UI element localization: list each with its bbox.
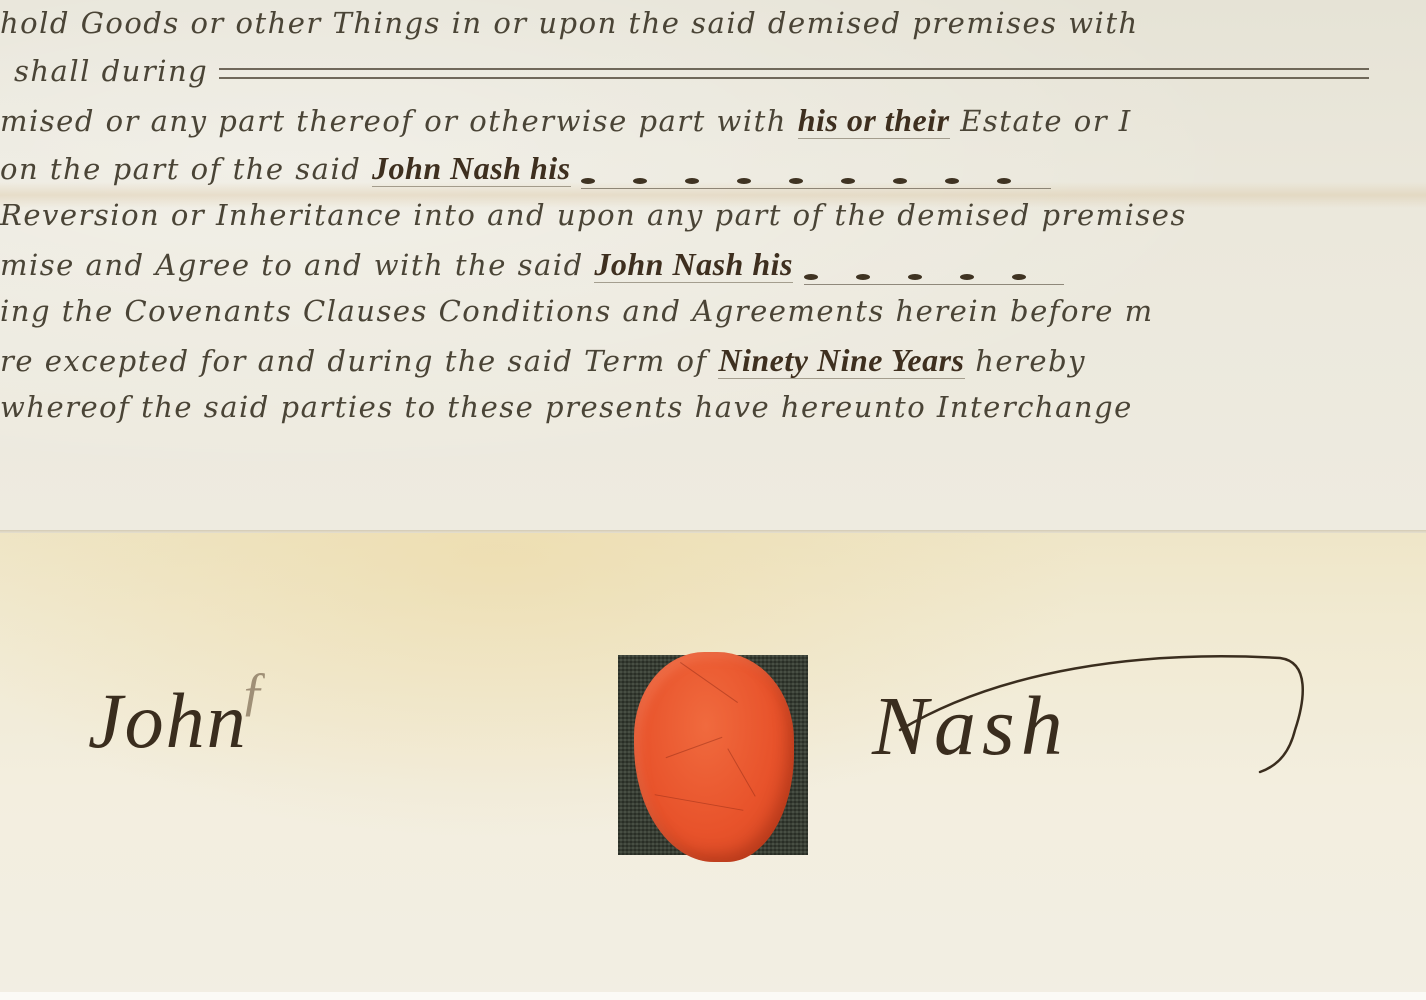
line-text: Reversion or Inheritance into and upon a…: [0, 198, 1187, 232]
line-text: ing the Covenants Clauses Conditions and…: [0, 294, 1154, 328]
document-line-9: whereof the said parties to these presen…: [0, 390, 1133, 424]
double-rule-filler: [219, 68, 1369, 79]
document-line-8: re excepted for and during the said Term…: [0, 342, 1086, 379]
handwritten-insert: John Nash his: [372, 150, 571, 187]
line-text: hold Goods or other Things in or upon th…: [0, 6, 1139, 40]
handwritten-insert: his or their: [798, 102, 950, 139]
signature-first-name: John: [88, 676, 248, 766]
signature-ink-smudge: ƒ: [240, 660, 267, 722]
line-text-before: mise and Agree to and with the said: [0, 248, 594, 282]
document-line-3: mised or any part thereof or otherwise p…: [0, 102, 1132, 139]
document-line-5: Reversion or Inheritance into and upon a…: [0, 198, 1187, 232]
document-line-6: mise and Agree to and with the said John…: [0, 246, 1064, 285]
handwritten-insert: John Nash his: [594, 246, 793, 283]
handwritten-insert: Ninety Nine Years: [718, 342, 964, 379]
dotted-filler: [804, 250, 1064, 285]
document-line-1: hold Goods or other Things in or upon th…: [0, 6, 1139, 40]
line-text-before: mised or any part thereof or otherwise p…: [0, 104, 798, 138]
document-line-2: shall during: [14, 54, 1369, 88]
line-text-after: Estate or I: [950, 104, 1132, 138]
page-bottom-edge: [0, 992, 1426, 1000]
signature-flourish-icon: [880, 640, 1320, 780]
dotted-filler: [581, 154, 1051, 189]
line-text: whereof the said parties to these presen…: [0, 390, 1133, 424]
document-line-4: on the part of the said John Nash his: [0, 150, 1051, 189]
document-line-7: ing the Covenants Clauses Conditions and…: [0, 294, 1154, 328]
line-text-before: re excepted for and during the said Term…: [0, 344, 718, 378]
line-text-after: hereby: [965, 344, 1087, 378]
line-text-before: on the part of the said: [0, 152, 372, 186]
line-text: shall during: [14, 54, 208, 88]
